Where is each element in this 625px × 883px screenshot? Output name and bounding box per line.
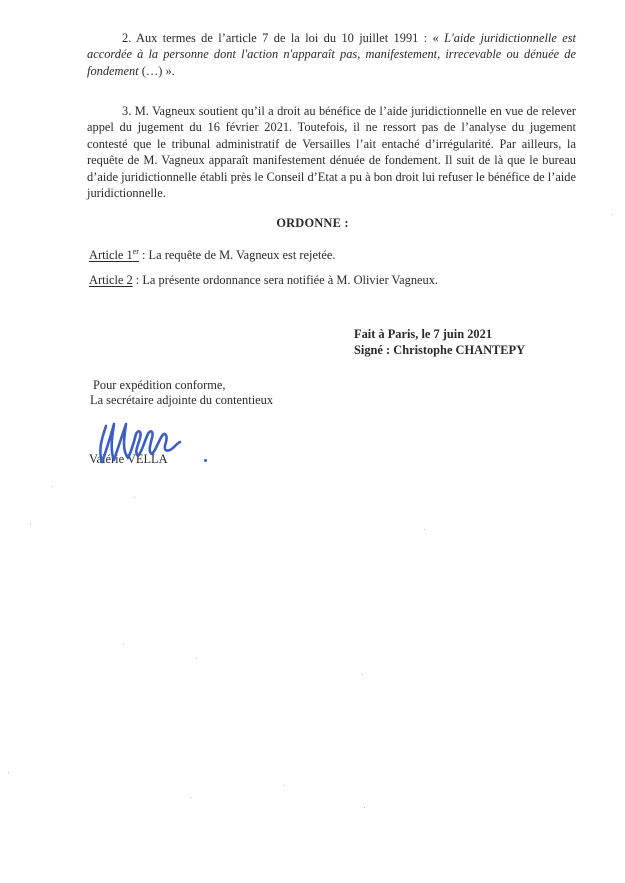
scan-speck <box>123 644 124 645</box>
scan-speck <box>284 785 285 786</box>
paragraph-2-tail: (…) ». <box>139 64 175 78</box>
scan-speck <box>362 674 363 675</box>
document-page: 2. Aux termes de l’article 7 de la loi d… <box>0 0 625 883</box>
paragraph-2-lead: 2. Aux termes de l’article 7 de la loi d… <box>122 31 444 45</box>
scan-speck <box>190 797 191 798</box>
scan-speck <box>364 807 365 808</box>
certification-line-1: Pour expédition conforme, <box>90 378 273 393</box>
article-1-label: Article 1er <box>89 248 139 262</box>
scan-speck <box>196 658 197 659</box>
scan-speck <box>8 772 9 773</box>
ordonne-heading: ORDONNE : <box>0 216 625 231</box>
article-2-label: Article 2 <box>89 273 133 287</box>
signed-by: Signé : Christophe CHANTEPY <box>354 343 525 359</box>
paragraph-2: 2. Aux termes de l’article 7 de la loi d… <box>87 30 576 79</box>
handwritten-signature-icon <box>92 418 192 468</box>
article-1: Article 1er : La requête de M. Vagneux e… <box>89 247 335 263</box>
article-1-text: : La requête de M. Vagneux est rejetée. <box>139 248 336 262</box>
scan-speck <box>30 523 31 524</box>
certification-line-2: La secrétaire adjointe du contentieux <box>90 393 273 408</box>
scan-speck <box>52 486 53 487</box>
article-2: Article 2 : La présente ordonnance sera … <box>89 272 438 288</box>
paragraph-3: 3. M. Vagneux soutient qu’il a droit au … <box>87 103 576 201</box>
certification-block: Pour expédition conforme, La secrétaire … <box>90 378 273 408</box>
signature-block: Fait à Paris, le 7 juin 2021 Signé : Chr… <box>354 327 525 358</box>
place-date: Fait à Paris, le 7 juin 2021 <box>354 327 525 343</box>
scan-speck <box>424 529 425 530</box>
article-2-text: : La présente ordonnance sera notifiée à… <box>133 273 438 287</box>
ink-dot <box>204 459 207 462</box>
scan-speck <box>612 214 613 215</box>
scan-speck <box>134 497 135 498</box>
